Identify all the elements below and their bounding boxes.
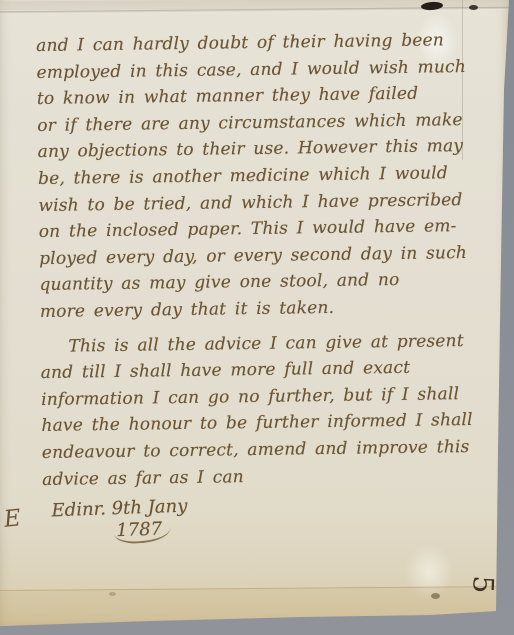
water-stain [0,586,514,625]
letter-body: and I can hardly doubt of their having b… [36,27,494,493]
ink-stain [469,5,478,10]
letter-paragraph-2: This is all the advice I can give at pre… [40,327,494,493]
ink-stain [109,592,116,596]
folio-number: 5 [466,567,500,602]
manuscript-photo: and I can hardly doubt of their having b… [0,0,514,635]
handwritten-line: advice as far as I can [42,460,494,493]
dateline: Edinr. 9th Jany 1787 [51,496,188,547]
dateline-year: 1787 [114,518,171,544]
left-margin-mark: E [3,505,22,533]
letter-paragraph-1: and I can hardly doubt of their having b… [36,27,492,326]
handwritten-line: more every day that it is taken. [40,293,492,326]
ink-stain [431,593,440,599]
letter-page: and I can hardly doubt of their having b… [0,0,514,635]
